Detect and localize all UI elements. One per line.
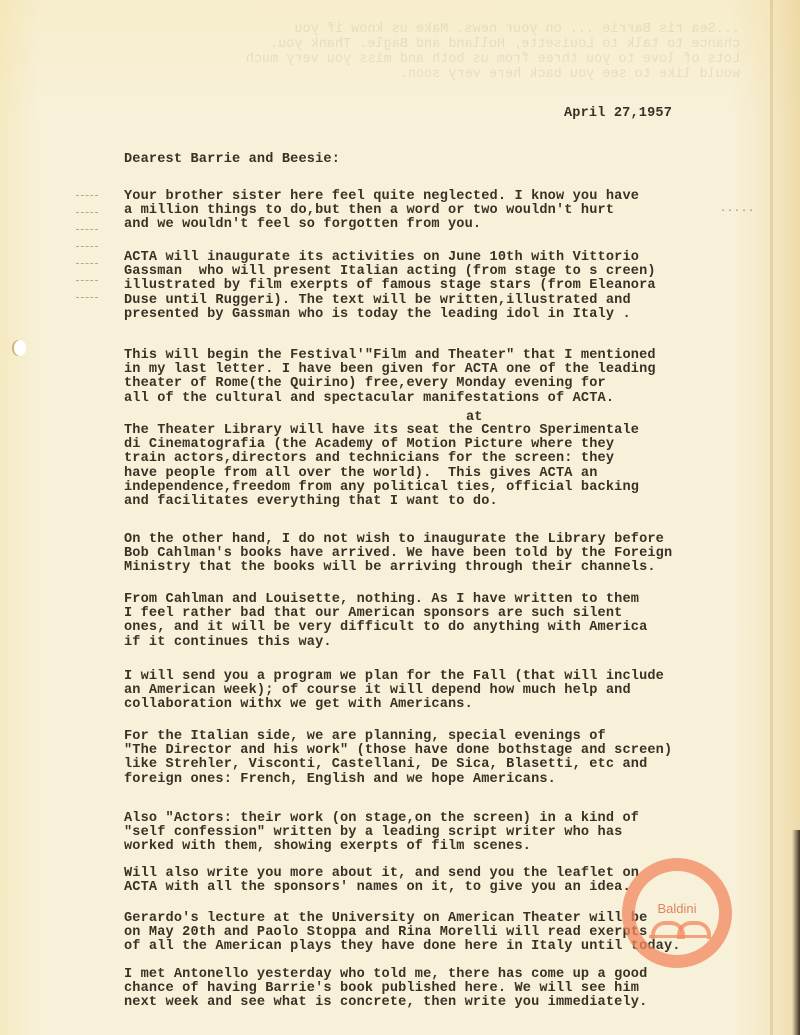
- text-line: "The Director and his work" (those have …: [124, 744, 784, 758]
- text-line: From Cahlman and Louisette, nothing. As …: [124, 593, 784, 607]
- margin-dash: [76, 246, 98, 257]
- text-line: This will begin the Festival'"Film and T…: [124, 349, 784, 363]
- paragraph: This will begin the Festival'"Film and T…: [124, 349, 784, 406]
- paragraph: Your brother sister here feel quite negl…: [124, 190, 784, 233]
- margin-dash: [76, 263, 98, 274]
- margin-dash: [76, 280, 98, 291]
- margin-marks: [76, 195, 106, 314]
- margin-dash: [76, 297, 98, 308]
- text-line: Ministry that the books will be arriving…: [124, 561, 784, 575]
- paragraph: Also "Actors: their work (on stage,on th…: [124, 812, 784, 855]
- watermark-label: Baldini: [635, 901, 719, 916]
- text-line: Bob Cahlman's books have arrived. We hav…: [124, 547, 784, 561]
- text-line: if it continues this way.: [124, 636, 784, 650]
- paragraph: ACTA will inaugurate its activities on J…: [124, 251, 784, 322]
- page-edge-shadow: [792, 830, 800, 1035]
- margin-dash: [76, 212, 98, 223]
- text-line: collaboration withx we get with American…: [124, 698, 784, 712]
- text-line: Also "Actors: their work (on stage,on th…: [124, 812, 784, 826]
- text-line: Duse until Ruggeri). The text will be wr…: [124, 294, 784, 308]
- paragraph: I met Antonello yesterday who told me, t…: [124, 968, 784, 1011]
- paragraph: From Cahlman and Louisette, nothing. As …: [124, 593, 784, 650]
- margin-dash: [76, 195, 98, 206]
- text-line: next week and see what is concrete, then…: [124, 996, 784, 1010]
- paragraph: For the Italian side, we are planning, s…: [124, 730, 784, 787]
- handwritten-insertion: at: [466, 411, 483, 425]
- text-line: "self confession" written by a leading s…: [124, 826, 784, 840]
- baldini-watermark-stamp: Baldini: [622, 858, 732, 968]
- text-line: theater of Rome(the Quirino) free,every …: [124, 377, 784, 391]
- text-line: and we wouldn't feel so forgotten from y…: [124, 218, 784, 232]
- text-line: presented by Gassman who is today the le…: [124, 308, 784, 322]
- text-line: like Strehler, Visconti, Castellani, De …: [124, 758, 784, 772]
- paragraph: On the other hand, I do not wish to inau…: [124, 533, 784, 576]
- text-line: independence,freedom from any political …: [124, 481, 784, 495]
- text-line: in my last letter. I have been given for…: [124, 363, 784, 377]
- text-line: ACTA will inaugurate its activities on J…: [124, 251, 784, 265]
- text-line: Your brother sister here feel quite negl…: [124, 190, 784, 204]
- letter-salutation: Dearest Barrie and Beesie:: [124, 153, 340, 167]
- book-icon-base: [649, 935, 707, 938]
- text-line: The Theater Library will have its seat t…: [124, 424, 784, 438]
- text-line: chance of having Barrie's book published…: [124, 982, 784, 996]
- text-line: On the other hand, I do not wish to inau…: [124, 533, 784, 547]
- text-line: I feel rather bad that our American spon…: [124, 607, 784, 621]
- text-line: have people from all over the world). Th…: [124, 467, 784, 481]
- text-line: train actors,directors and technicians f…: [124, 452, 784, 466]
- text-line: For the Italian side, we are planning, s…: [124, 730, 784, 744]
- text-line: I met Antonello yesterday who told me, t…: [124, 968, 784, 982]
- text-line: a million things to do,but then a word o…: [124, 204, 784, 218]
- text-line: all of the cultural and spectacular mani…: [124, 392, 784, 406]
- text-line: I will send you a program we plan for th…: [124, 670, 784, 684]
- punch-hole: [14, 340, 26, 356]
- paragraph: I will send you a program we plan for th…: [124, 670, 784, 713]
- text-line: illustrated by film exerpts of famous st…: [124, 279, 784, 293]
- text-line: worked with them, showing exerpts of fil…: [124, 840, 784, 854]
- text-line: Gassman who will present Italian acting …: [124, 265, 784, 279]
- paragraph: atThe Theater Library will have its seat…: [124, 424, 784, 509]
- text-line: and facilitates everything that I want t…: [124, 495, 784, 509]
- text-line: ones, and it will be very difficult to d…: [124, 621, 784, 635]
- text-line: foreign ones: French, English and we hop…: [124, 773, 784, 787]
- margin-dash: [76, 229, 98, 240]
- text-line: di Cinematografia (the Academy of Motion…: [124, 438, 784, 452]
- letter-date: April 27,1957: [564, 107, 672, 121]
- text-line: an American week); of course it will dep…: [124, 684, 784, 698]
